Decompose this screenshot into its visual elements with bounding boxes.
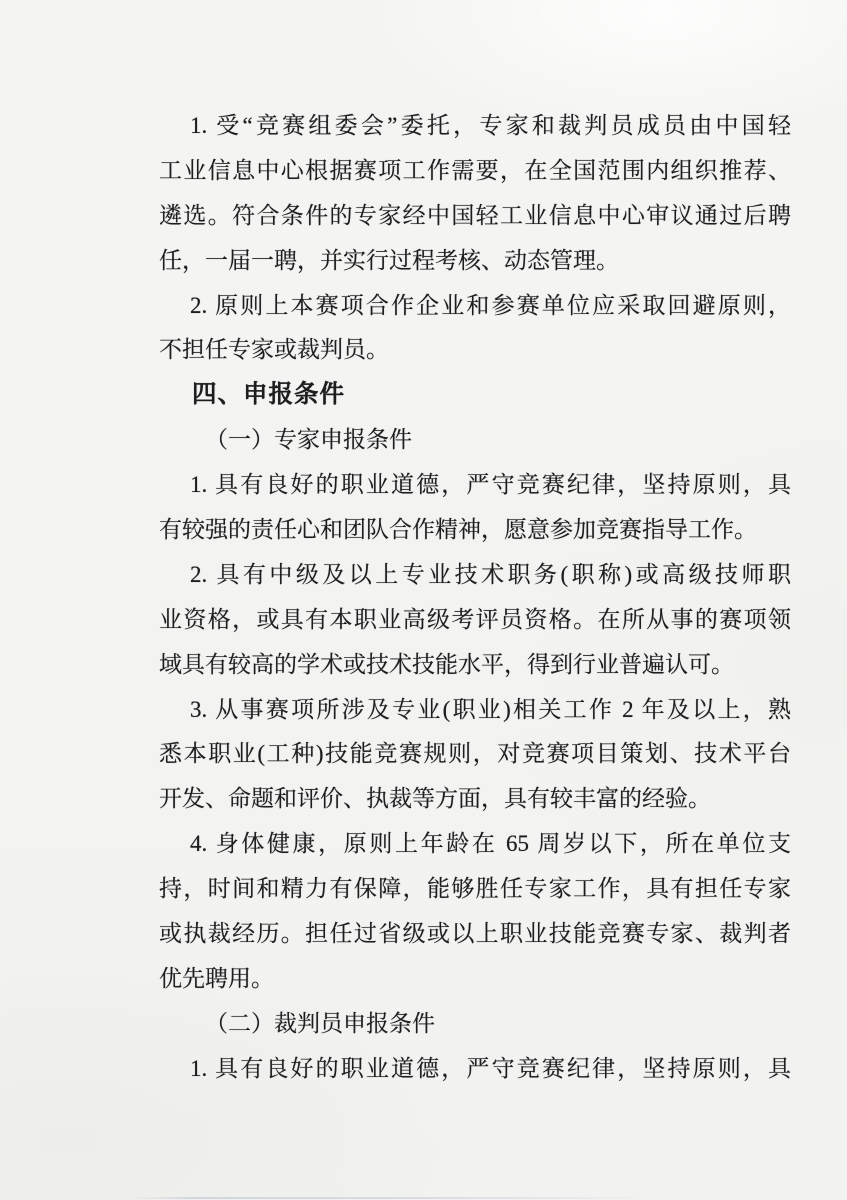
- doc-line: 2. 具有中级及以上专业技术职务(职称)或高级技师职: [159, 553, 791, 598]
- doc-line: 遴选。符合条件的专家经中国轻工业信息中心审议通过后聘: [159, 194, 791, 239]
- subsection-heading: （一）专家申报条件: [159, 418, 791, 463]
- doc-line: 任，一届一聘，并实行过程考核、动态管理。: [159, 239, 791, 284]
- doc-line: 域具有较高的学术或技术技能水平，得到行业普遍认可。: [159, 643, 791, 688]
- doc-line: 业资格，或具有本职业高级考评员资格。在所从事的赛项领: [159, 598, 791, 643]
- doc-line: 1. 具有良好的职业道德，严守竞赛纪律，坚持原则，具: [159, 1047, 791, 1092]
- scan-edge-artifact: [130, 1197, 650, 1199]
- doc-line: 工业信息中心根据赛项工作需要，在全国范围内组织推荐、: [159, 149, 791, 194]
- doc-line: 持，时间和精力有保障，能够胜任专家工作，具有担任专家: [159, 867, 791, 912]
- doc-line: 开发、命题和评价、执裁等方面，具有较丰富的经验。: [159, 777, 791, 822]
- scanned-document-page: 1. 受“竞赛组委会”委托，专家和裁判员成员由中国轻 工业信息中心根据赛项工作需…: [0, 0, 847, 1200]
- document-text-block: 1. 受“竞赛组委会”委托，专家和裁判员成员由中国轻 工业信息中心根据赛项工作需…: [159, 104, 791, 1092]
- doc-line: 3. 从事赛项所涉及专业(职业)相关工作 2 年及以上，熟: [159, 688, 791, 733]
- doc-line: 2. 原则上本赛项合作企业和参赛单位应采取回避原则，: [159, 284, 791, 329]
- doc-line: 优先聘用。: [159, 957, 791, 1002]
- doc-line: 4. 身体健康，原则上年龄在 65 周岁以下，所在单位支: [159, 822, 791, 867]
- doc-line: 悉本职业(工种)技能竞赛规则，对竞赛项目策划、技术平台: [159, 732, 791, 777]
- section-heading: 四、申报条件: [159, 373, 791, 418]
- doc-line: 不担任专家或裁判员。: [159, 328, 791, 373]
- doc-line: 1. 受“竞赛组委会”委托，专家和裁判员成员由中国轻: [159, 104, 791, 149]
- doc-line: 或执裁经历。担任过省级或以上职业技能竞赛专家、裁判者: [159, 912, 791, 957]
- subsection-heading: （二）裁判员申报条件: [159, 1002, 791, 1047]
- doc-line: 有较强的责任心和团队合作精神，愿意参加竞赛指导工作。: [159, 508, 791, 553]
- doc-line: 1. 具有良好的职业道德，严守竞赛纪律，坚持原则，具: [159, 463, 791, 508]
